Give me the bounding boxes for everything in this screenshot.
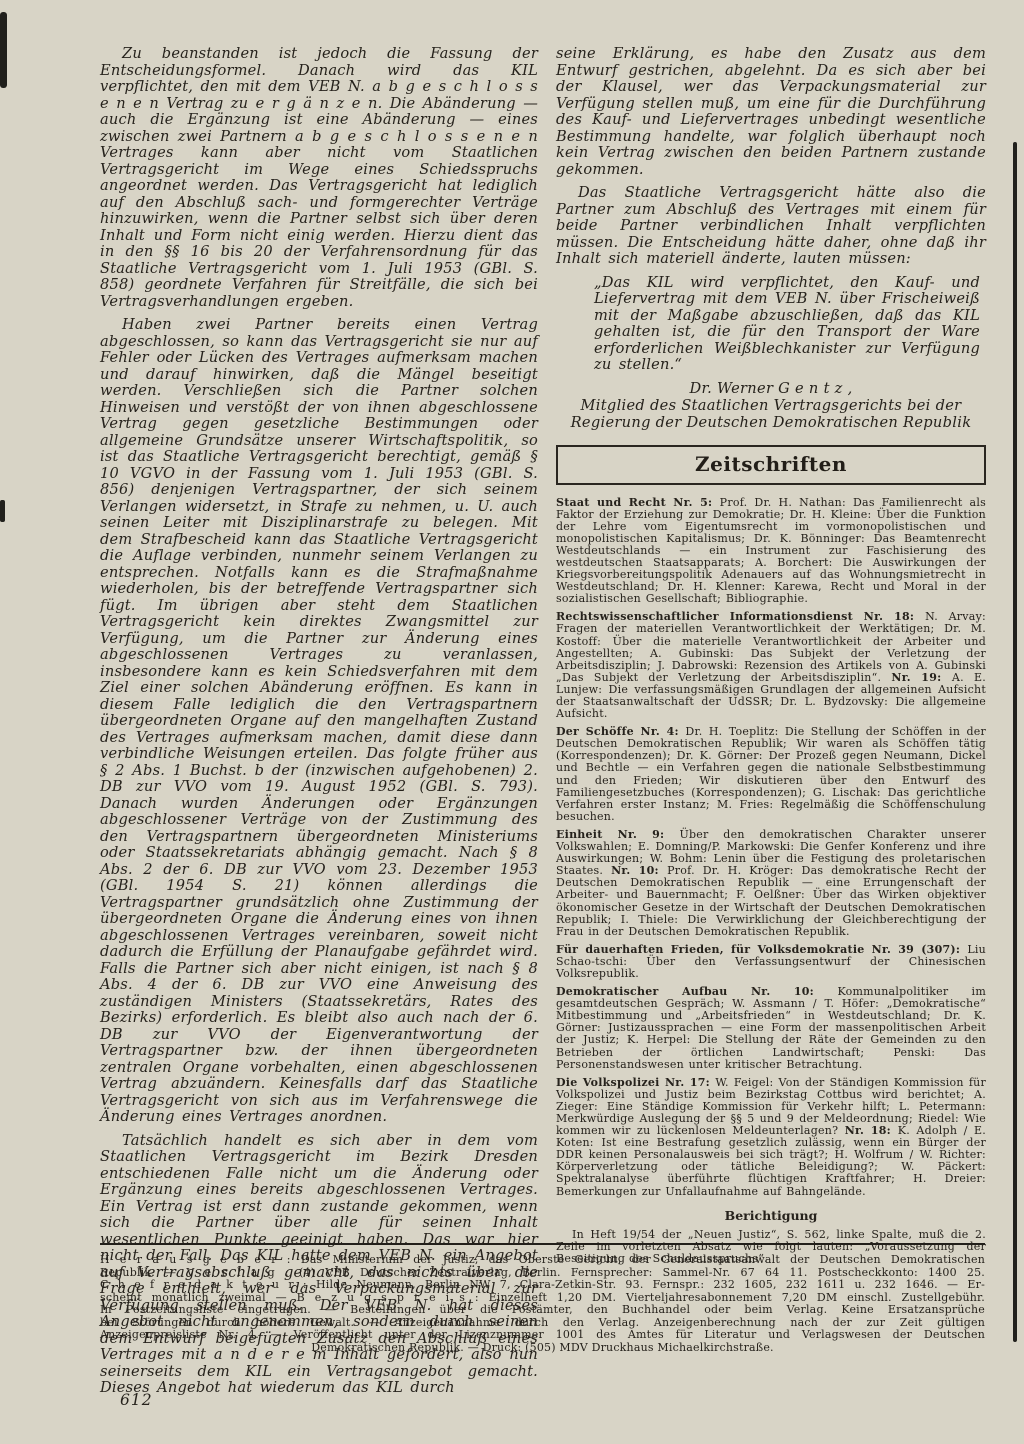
magazine-title: Staat und Recht Nr. 5: bbox=[556, 496, 720, 509]
magazine-entry: Für dauerhaften Frieden, für Volksdemokr… bbox=[556, 944, 986, 980]
magazine-title: Einheit Nr. 9: bbox=[556, 828, 679, 841]
magazine-title: Nr. 18: bbox=[845, 1124, 898, 1137]
imprint-line: In Postzeitungsliste eingetragen. — Best… bbox=[100, 1304, 985, 1317]
zeitschriften-heading-box: Zeitschriften bbox=[556, 445, 986, 485]
magazine-contents: Dr. H. Toeplitz: Die Stellung der Schöff… bbox=[556, 725, 986, 823]
magazine-contents: Prof. Dr. H. Nathan: Das Familienrecht a… bbox=[556, 496, 986, 606]
imprint-line: Anzeigenpreisliste Nr. 4. — Veröffentlic… bbox=[100, 1329, 985, 1342]
signature-name: Dr. Werner G e n t z , bbox=[556, 380, 986, 397]
scanned-journal-page: Zu beanstanden ist jedoch die Fassung de… bbox=[0, 0, 1024, 1444]
signature-role: Mitglied des Staatlichen Vertragsgericht… bbox=[556, 397, 986, 414]
left-column: Zu beanstanden ist jedoch die Fassung de… bbox=[100, 46, 538, 1404]
page-number: 612 bbox=[120, 1391, 153, 1409]
right-column: seine Erklärung, es habe den Zusatz aus … bbox=[556, 46, 986, 1266]
magazine-title: Nr. 19: bbox=[891, 671, 952, 684]
magazine-title: Die Volkspolizei Nr. 17: bbox=[556, 1076, 715, 1089]
magazine-title: Demokratischer Aufbau Nr. 10: bbox=[556, 985, 837, 998]
berichtigung-heading: Berichtigung bbox=[556, 1208, 986, 1223]
magazine-title: Für dauerhaften Frieden, für Volksdemokr… bbox=[556, 943, 967, 956]
magazine-title: Nr. 10: bbox=[611, 864, 667, 877]
article-continuation: seine Erklärung, es habe den Zusatz aus … bbox=[556, 46, 986, 431]
signature-role: Regierung der Deutschen Demokratischen R… bbox=[556, 414, 986, 431]
decision-quote: „Das KIL wird verpflichtet, den Kauf- un… bbox=[594, 275, 980, 374]
scan-artifact-left-edge bbox=[0, 500, 5, 522]
imprint-line: H e r a u s g e b e r : Das Ministerium … bbox=[100, 1254, 985, 1267]
article-paragraph: Zu beanstanden ist jedoch die Fassung de… bbox=[100, 46, 538, 310]
magazine-title: Der Schöffe Nr. 4: bbox=[556, 725, 685, 738]
magazine-entry: Der Schöffe Nr. 4: Dr. H. Toeplitz: Die … bbox=[556, 726, 986, 823]
magazine-entry: Rechtswissenschaftlicher Informationsdie… bbox=[556, 611, 986, 720]
scan-artifact-right-edge bbox=[1013, 142, 1017, 1342]
article-paragraph: Das Staatliche Vertragsgericht hätte als… bbox=[556, 185, 986, 268]
imprint: H e r a u s g e b e r : Das Ministerium … bbox=[100, 1254, 985, 1354]
magazine-entry: Staat und Recht Nr. 5: Prof. Dr. H. Nath… bbox=[556, 497, 986, 606]
imprint-line: C h e f r e d a k t e u r : Hilde Neuman… bbox=[100, 1279, 985, 1292]
signature-block: Dr. Werner G e n t z , Mitglied des Staa… bbox=[556, 380, 986, 431]
magazine-entry: Einheit Nr. 9: Über den demokratischen C… bbox=[556, 829, 986, 938]
article-paragraph: seine Erklärung, es habe den Zusatz aus … bbox=[556, 46, 986, 178]
magazine-contents: Kommunalpolitiker im gesamtdeutschen Ges… bbox=[556, 985, 986, 1071]
zeitschriften-heading: Zeitschriften bbox=[562, 452, 980, 476]
magazine-list: Staat und Recht Nr. 5: Prof. Dr. H. Nath… bbox=[556, 497, 986, 1198]
imprint-line: Demokratischen Republik. — Druck: (505) … bbox=[100, 1342, 985, 1355]
magazine-title: Rechtswissenschaftlicher Informationsdie… bbox=[556, 610, 925, 623]
footer-rule bbox=[100, 1243, 985, 1245]
scan-artifact-top-left bbox=[0, 12, 7, 88]
article-paragraph: Haben zwei Partner bereits einen Vertrag… bbox=[100, 317, 538, 1126]
magazine-entry: Demokratischer Aufbau Nr. 10: Kommunalpo… bbox=[556, 986, 986, 1071]
magazine-entry: Die Volkspolizei Nr. 17: W. Feigel: Von … bbox=[556, 1077, 986, 1198]
